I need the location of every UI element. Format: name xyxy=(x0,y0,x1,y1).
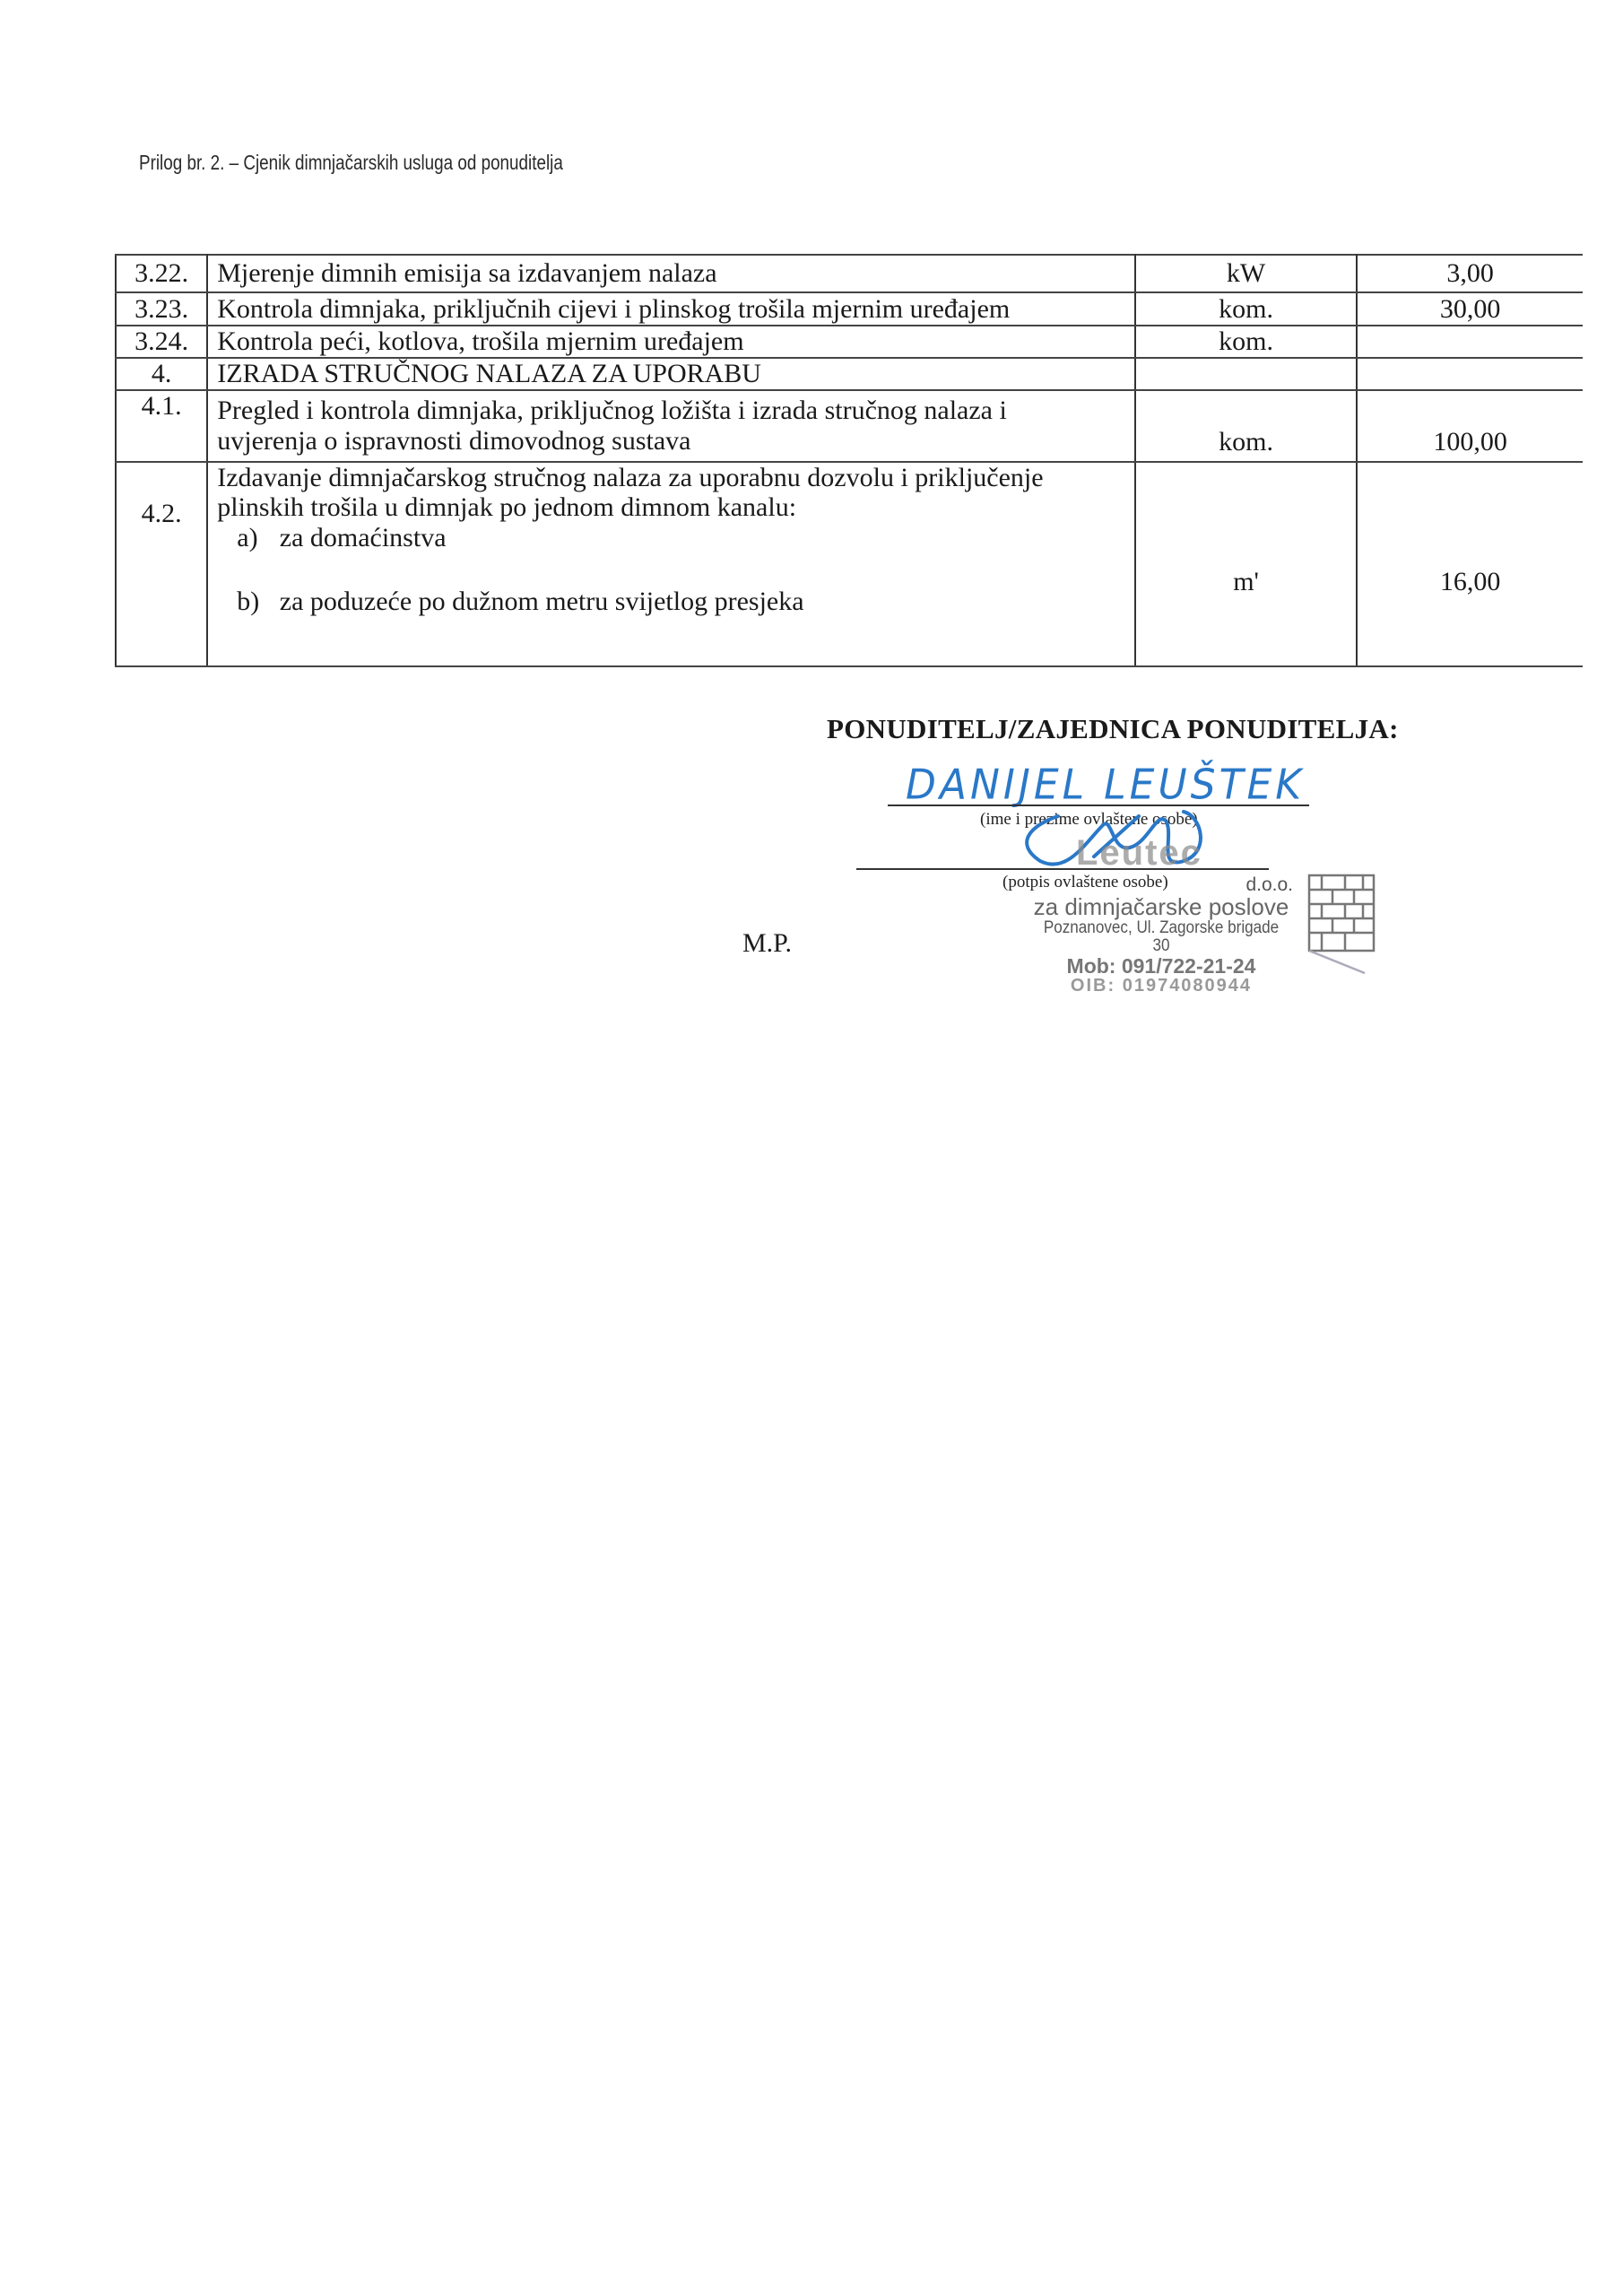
sub-item-label: b) xyxy=(237,587,273,617)
stamp-company-name: Leutec xyxy=(1076,834,1202,872)
sub-item-text: za poduzeće po dužnom metru svijetlog pr… xyxy=(280,587,804,616)
item-unit: kW xyxy=(1135,255,1358,292)
item-number: 4.1. xyxy=(116,390,207,462)
table-row: 3.23. Kontrola dimnjaka, priključnih cij… xyxy=(116,292,1583,326)
item-description: Pregled i kontrola dimnjaka, priključnog… xyxy=(207,390,1135,462)
item-unit xyxy=(1135,358,1358,390)
description-line: Izdavanje dimnjačarskog stručnog nalaza … xyxy=(217,463,1125,493)
sub-item-a: a) za domaćinstva xyxy=(217,523,1125,553)
chimney-brick-icon xyxy=(1302,870,1383,978)
table-row: 4.1. Pregled i kontrola dimnjaka, priklj… xyxy=(116,390,1583,462)
stamp-oib: OIB: 01974080944 xyxy=(1022,977,1300,996)
description-line: plinskih trošila u dimnjak po jednom dim… xyxy=(217,492,1125,523)
item-unit: kom. xyxy=(1135,292,1358,326)
item-price: 16,00 xyxy=(1357,462,1583,666)
document-header: Prilog br. 2. – Cjenik dimnjačarskih usl… xyxy=(139,151,563,175)
company-stamp: Leutec d.o.o. za dimnjačarske poslove Po… xyxy=(1022,861,1300,996)
section-title: IZRADA STRUČNOG NALAZA ZA UPORABU xyxy=(207,358,1135,390)
item-description: Kontrola dimnjaka, priključnih cijevi i … xyxy=(207,292,1135,326)
table-row-section: 4. IZRADA STRUČNOG NALAZA ZA UPORABU xyxy=(116,358,1583,390)
name-line xyxy=(888,804,1309,806)
sub-item-b: b) za poduzeće po dužnom metru svijetlog… xyxy=(217,587,1125,617)
stamp-legal-form: d.o.o. xyxy=(1022,875,1300,895)
table-row: 4.2. Izdavanje dimnjačarskog stručnog na… xyxy=(116,462,1583,666)
item-price: 100,00 xyxy=(1357,390,1583,462)
item-number: 3.23. xyxy=(116,292,207,326)
item-description: Mjerenje dimnih emisija sa izdavanjem na… xyxy=(207,255,1135,292)
section-number: 4. xyxy=(116,358,207,390)
item-description: Izdavanje dimnjačarskog stručnog nalaza … xyxy=(207,462,1135,666)
item-number: 3.24. xyxy=(116,326,207,358)
item-price xyxy=(1357,358,1583,390)
description-line: Pregled i kontrola dimnjaka, priključnog… xyxy=(217,396,1125,426)
item-unit: kom. xyxy=(1135,326,1358,358)
description-line: uvjerenja o ispravnosti dimovodnog susta… xyxy=(217,426,1125,457)
item-price: 3,00 xyxy=(1357,255,1583,292)
price-table: 3.22. Mjerenje dimnih emisija sa izdavan… xyxy=(115,254,1583,667)
item-number: 4.2. xyxy=(116,462,207,666)
stamp-address: Poznanovec, Ul. Zagorske brigade 30 xyxy=(1037,919,1287,955)
stamp-phone: Mob: 091/722-21-24 xyxy=(1022,955,1300,977)
seal-label: M.P. xyxy=(742,928,792,959)
item-price xyxy=(1357,326,1583,358)
bidder-title: PONUDITELJ/ZAJEDNICA PONUDITELJA: xyxy=(827,713,1399,745)
handwritten-name: DANIJEL LEUŠTEK xyxy=(906,761,1305,810)
table-row: 3.22. Mjerenje dimnih emisija sa izdavan… xyxy=(116,255,1583,292)
table-row: 3.24. Kontrola peći, kotlova, trošila mj… xyxy=(116,326,1583,358)
stamp-activity: za dimnjačarske poslove xyxy=(1022,895,1300,919)
item-number: 3.22. xyxy=(116,255,207,292)
sub-item-text: za domaćinstva xyxy=(280,523,447,552)
item-unit: m' xyxy=(1135,462,1358,666)
item-unit: kom. xyxy=(1135,390,1358,462)
item-description: Kontrola peći, kotlova, trošila mjernim … xyxy=(207,326,1135,358)
item-price: 30,00 xyxy=(1357,292,1583,326)
sub-item-label: a) xyxy=(237,523,273,553)
